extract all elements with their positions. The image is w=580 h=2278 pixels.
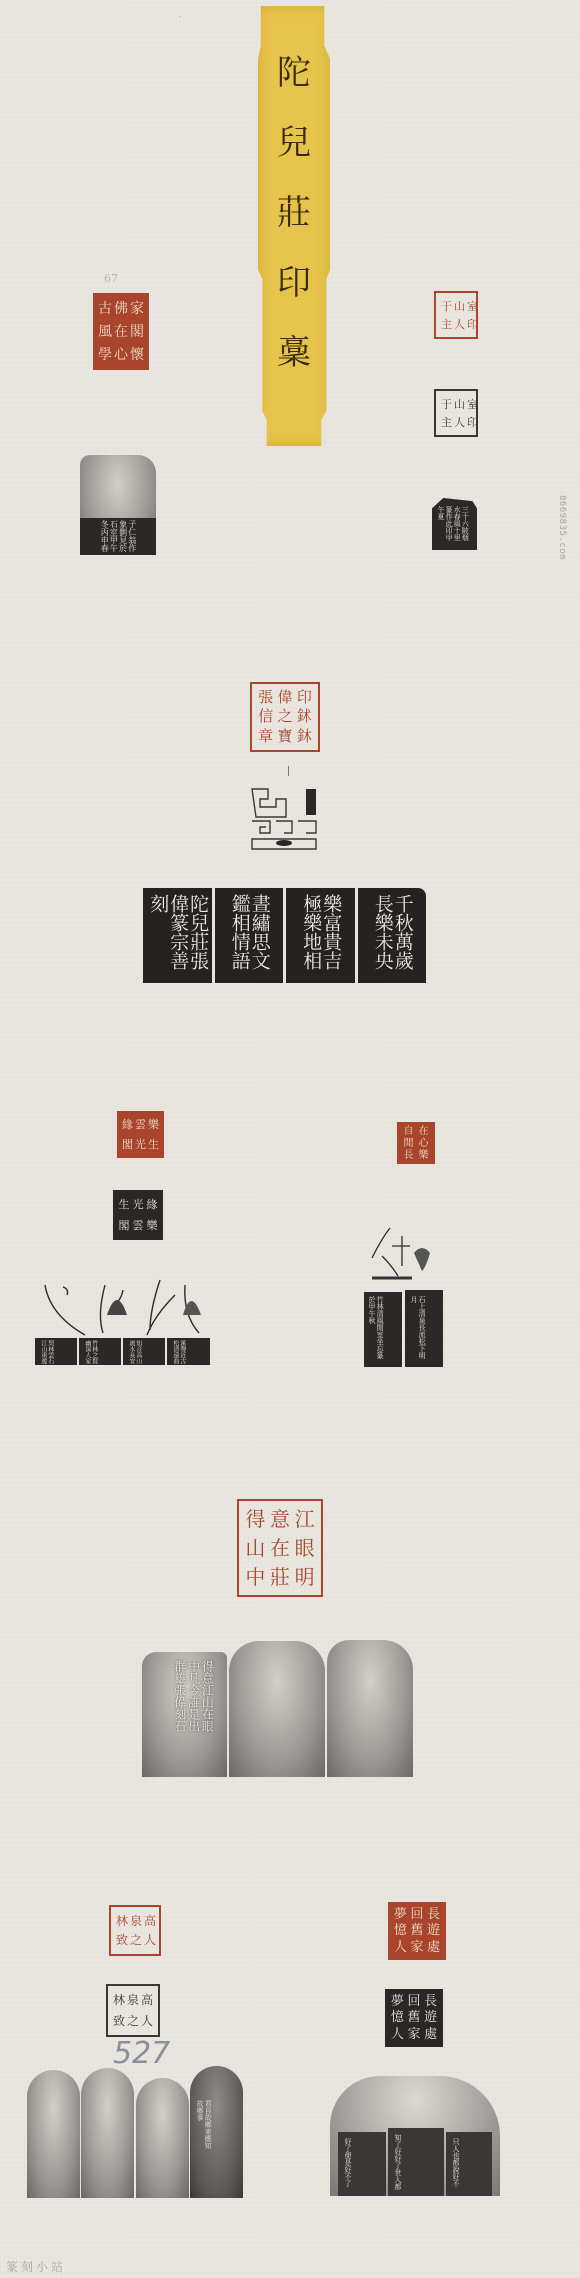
seal-red-4: 夢回長 憶舊遊 人家處 [388, 1902, 446, 1960]
seal-outline-red-4: 林泉高 致之人 [109, 1905, 161, 1956]
band-panel: 千秋萬歲長樂未央 [358, 888, 427, 983]
seal-char: 懷 [130, 344, 144, 365]
seal-char: 人 [390, 2027, 405, 2042]
faint-number: · [178, 12, 181, 23]
seal-char: 于 [441, 396, 452, 412]
stone-inscription: 子仁翁作象劉見於石室甲午冬丙申春 [100, 520, 137, 554]
seal-char: 閣 [118, 1216, 130, 1235]
pencil-number: 527 [113, 2036, 170, 2071]
seal-char: 家 [410, 1940, 425, 1955]
seal-char: 在 [114, 321, 128, 342]
ink-sketch [35, 1275, 210, 1345]
seal-char: 雲 [135, 1116, 146, 1134]
seal-char: 人 [144, 1932, 156, 1950]
seal-char: 主 [441, 414, 452, 430]
band-panel: 樂富貴吉極樂地相 [286, 888, 355, 983]
seal-char: 長 [402, 1151, 415, 1161]
seal-char: 張 [257, 689, 274, 706]
page-number-mark: 67 [104, 272, 118, 285]
seal-char: 林 [113, 1991, 125, 2010]
seal-outline-red-3: 得意江 山在眼 中莊明 [237, 1499, 323, 1597]
seal-char: 人 [454, 316, 465, 332]
seal-char: 于 [441, 298, 452, 314]
arched-rubbing-1 [27, 2070, 80, 2198]
seal-char: 山 [454, 396, 465, 412]
title-char: 陀 [277, 56, 311, 90]
seal-char: 高 [141, 1991, 153, 2010]
seal-char: 之 [276, 708, 293, 725]
title-char: 莊 [277, 196, 311, 230]
seal-red-3: 自在閒 心長樂 [397, 1122, 435, 1164]
seal-char: 山 [244, 1535, 267, 1562]
seal-char: 偉 [276, 689, 293, 706]
seal-char: 印 [467, 316, 478, 332]
seal-char: 佛 [114, 298, 128, 319]
black-seal-band: 陀兒莊張偉篆宗善刻 晝繡思文鑑相情語 樂富貴吉極樂地相 千秋萬歲長樂未央 [143, 888, 426, 983]
seal-char: 眼 [293, 1535, 316, 1562]
seal-char: 山 [454, 298, 465, 314]
seal-char: 閣 [122, 1136, 133, 1154]
seal-char: 風 [98, 321, 112, 342]
seal-char: 心 [417, 1139, 430, 1149]
seal-char: 光 [135, 1136, 146, 1154]
seal-char: 之 [127, 2012, 139, 2031]
seal-char: 遊 [426, 1924, 441, 1939]
arched-inscription: 君自故鄉來應知故鄉事 [196, 2100, 212, 2150]
seal-char: 之 [130, 1932, 142, 1950]
seal-char: 夢 [393, 1907, 408, 1922]
watermark-bottom: 篆刻小站 [6, 2258, 66, 2275]
seal-char: 長 [426, 1907, 441, 1922]
seal-black-1: 生光緣 閣雲樂 [113, 1190, 163, 1240]
seal-char: 緣 [146, 1195, 158, 1214]
seal-char: 自 [402, 1127, 415, 1137]
seal-char: 舊 [410, 1924, 425, 1939]
seal-char: 印 [296, 689, 313, 706]
seal-char: 處 [426, 1940, 441, 1955]
seal-char: 心 [114, 344, 128, 365]
seal-char: 雲 [132, 1216, 144, 1235]
stone-inscription: 石上清泉長流松下明月 [410, 1296, 426, 1364]
seal-char: 中 [244, 1563, 267, 1590]
seal-char: 室 [467, 298, 478, 314]
mark-line [288, 766, 289, 776]
seal-char: 得 [244, 1506, 267, 1533]
seal-char: 遊 [423, 2011, 438, 2026]
watermark-vertical: 8669835.com [557, 495, 567, 560]
seal-char: 光 [132, 1195, 144, 1214]
band-panel: 晝繡思文鑑相情語 [215, 888, 284, 983]
seal-char: 致 [113, 2012, 125, 2031]
title-label: 陀 兒 莊 印 稾 [258, 6, 330, 446]
seal-red-1: 古佛家 風在閣 學心懷 [93, 293, 149, 370]
seal-char: 明 [293, 1563, 316, 1590]
seal-char: 印 [467, 414, 478, 430]
title-char: 兒 [277, 126, 311, 160]
bamboo-sketch [362, 1218, 442, 1288]
seal-char: 回 [410, 1907, 425, 1922]
seal-char: 主 [441, 316, 452, 332]
seal-outline-black-2: 林泉高 致之人 [106, 1984, 160, 2037]
stone-inscription: 只人也都說好不 [452, 2138, 460, 2192]
seal-char: 夢 [390, 1994, 405, 2009]
arched-rubbing-3 [136, 2078, 189, 2198]
seal-char: 鈢 [296, 728, 313, 745]
seal-outline-red-1: 于山室 主人印 [434, 291, 478, 339]
seal-char: 樂 [146, 1216, 158, 1235]
seal-char: 憶 [390, 2011, 405, 2026]
seal-char: 泉 [127, 1991, 139, 2010]
seal-char: 人 [454, 414, 465, 430]
seal-char: 致 [116, 1932, 128, 1950]
seal-char: 信 [257, 708, 274, 725]
seal-char: 寶 [276, 728, 293, 745]
arched-rubbing-2 [81, 2068, 134, 2198]
seal-char: 章 [257, 728, 274, 745]
rubbing-row-left: 契林雲石江山重遊 竹林之賢幽深人家 知音高山流水長安 溪聲近古松清遠曲 [35, 1275, 210, 1365]
seal-black-2: 夢回長 憶舊遊 人家處 [385, 1989, 443, 2047]
seal-char: 泉 [130, 1912, 142, 1930]
seal-char: 閣 [130, 321, 144, 342]
seal-char: 人 [393, 1940, 408, 1955]
stone-inscription: 竹林清風閒室坐忘篆於甲午秋 [368, 1296, 384, 1364]
seal-char: 鉥 [296, 708, 313, 725]
geometric-seal [248, 785, 320, 853]
band-panel: 陀兒莊張偉篆宗善刻 [143, 888, 212, 983]
seal-char: 室 [467, 396, 478, 412]
title-char: 稾 [277, 336, 311, 370]
seal-char: 高 [144, 1912, 156, 1930]
seal-char: 江 [293, 1506, 316, 1533]
seal-char: 生 [148, 1136, 159, 1154]
seal-char: 處 [423, 2027, 438, 2042]
landscape-inscription: 得意江山在眼中凡今誰是出群雄張偉刻石 [172, 1660, 213, 1738]
seal-char: 莊 [269, 1563, 292, 1590]
seal-char: 家 [407, 2027, 422, 2042]
seal-char: 在 [417, 1127, 430, 1137]
seal-red-2: 緣雲樂 閣光生 [117, 1111, 164, 1158]
seal-char: 在 [269, 1535, 292, 1562]
seal-char: 人 [141, 2012, 153, 2031]
stone-inscription: 知了好好了世人都 [394, 2134, 402, 2192]
seal-char: 生 [118, 1195, 130, 1214]
seal-char: 意 [269, 1506, 292, 1533]
landscape-rubbing-3 [327, 1640, 413, 1777]
seal-char: 家 [130, 298, 144, 319]
stone-inscription-right: 三十六陂烟水春風十里篆作此印甲午夏 [437, 506, 469, 546]
seal-outline-red-2: 張偉印 信之鉥 章寶鈢 [250, 682, 320, 752]
seal-char: 學 [98, 344, 112, 365]
seal-char: 長 [423, 1994, 438, 2009]
seal-char: 樂 [148, 1116, 159, 1134]
title-char: 印 [277, 266, 311, 300]
seal-char: 舊 [407, 2011, 422, 2026]
stone-inscription: 好了便是好不了 [344, 2138, 352, 2192]
seal-char: 閒 [402, 1139, 415, 1149]
seal-outline-black-1: 于山室 主人印 [434, 389, 478, 437]
seal-char: 古 [98, 298, 112, 319]
seal-char: 樂 [417, 1151, 430, 1161]
seal-char: 緣 [122, 1116, 133, 1134]
seal-char: 回 [407, 1994, 422, 2009]
seal-char: 憶 [393, 1924, 408, 1939]
seal-char: 林 [116, 1912, 128, 1930]
landscape-rubbing-2 [229, 1641, 325, 1777]
